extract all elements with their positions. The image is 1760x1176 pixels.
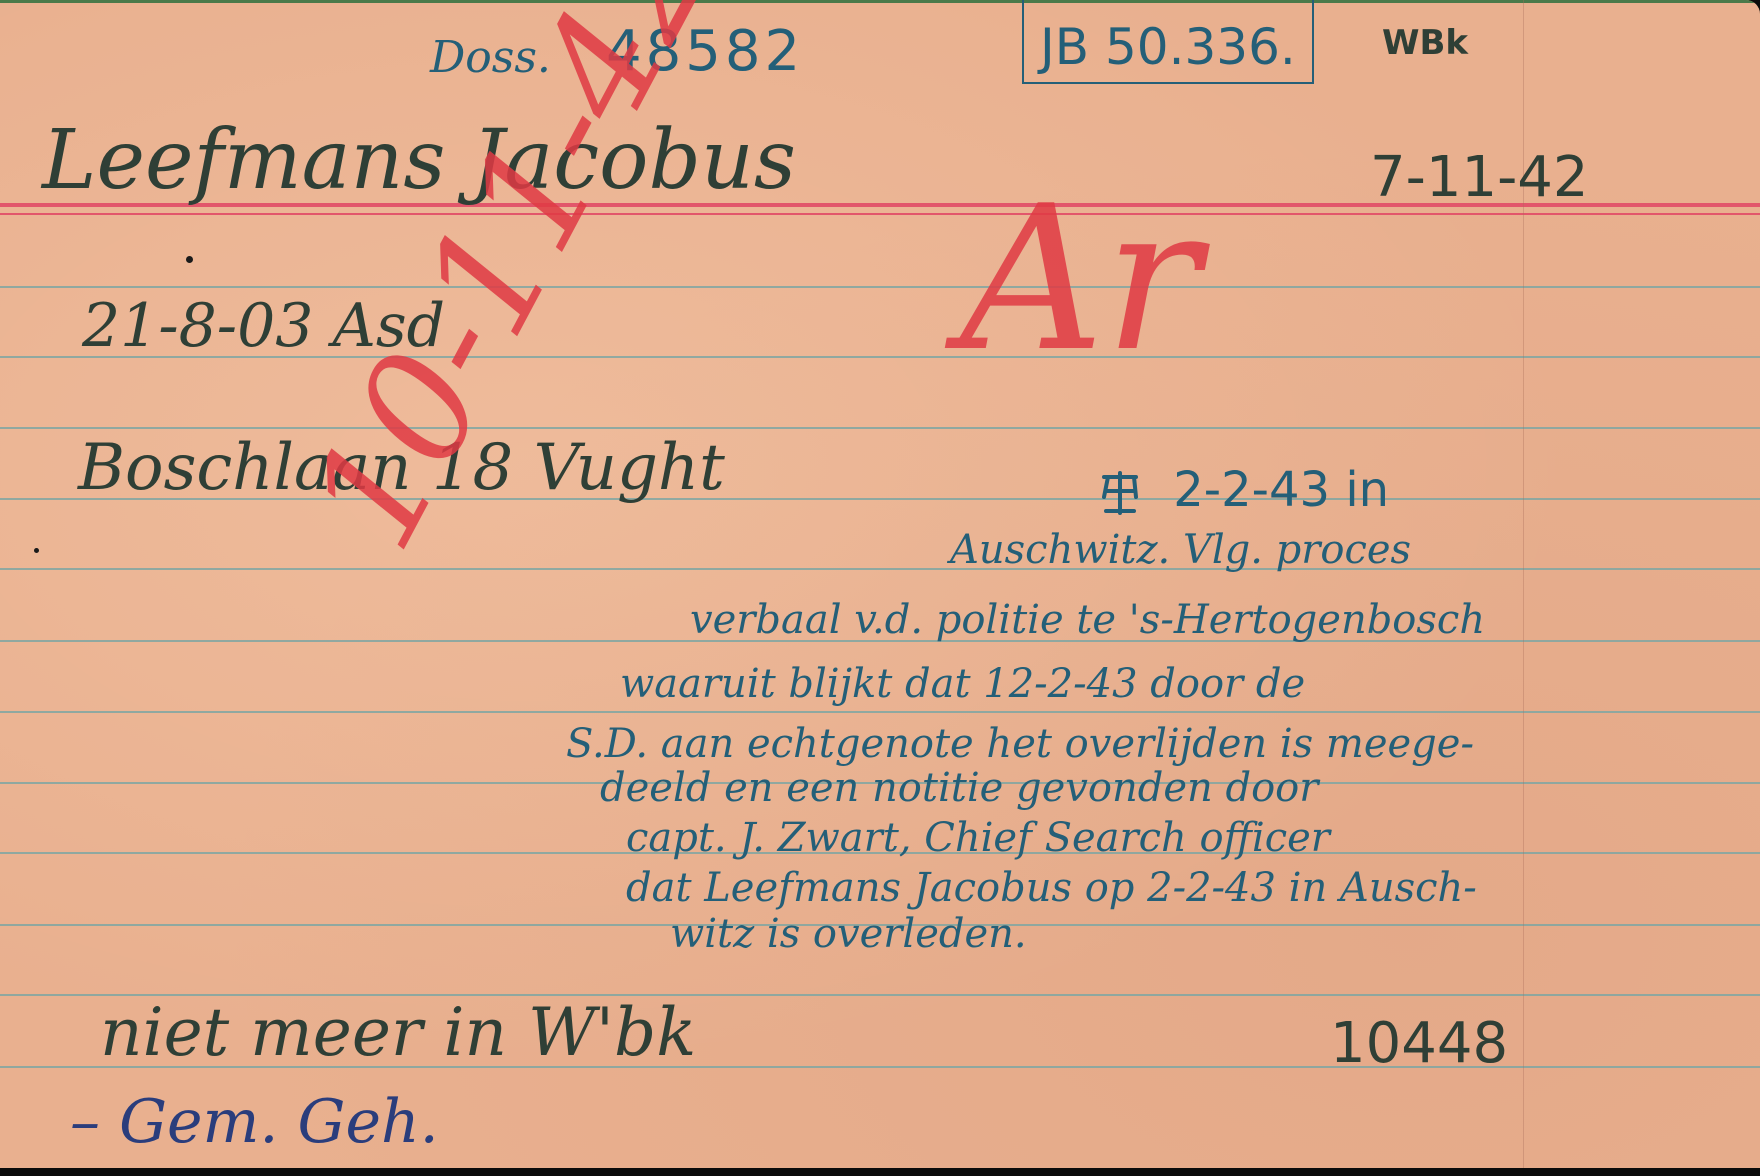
ruled-line	[0, 286, 1760, 288]
note-line: deeld en een notitie gevonden door	[600, 768, 1318, 808]
card-number: 10448	[1330, 1016, 1508, 1072]
cross-symbol-icon	[1100, 471, 1140, 515]
reference-box: JB 50.336.	[1022, 0, 1314, 84]
corner-code: WBk	[1382, 26, 1468, 60]
note-line: dat Leefmans Jacobus op 2-2-43 in Ausch-	[626, 868, 1477, 908]
person-name: Leefmans Jacobus	[42, 120, 796, 202]
ink-speck	[34, 548, 39, 553]
note-line: verbaal v.d. politie te 's-Hertogenbosch	[690, 600, 1485, 640]
note-line: S.D. aan echtgenote het overlijden is me…	[566, 724, 1474, 764]
red-pencil-initials: Ar	[960, 180, 1200, 380]
note-line: Auschwitz. Vlg. proces	[950, 530, 1411, 570]
ruled-line	[0, 711, 1760, 713]
header-red-rule-thin	[0, 213, 1760, 215]
ruled-line	[0, 427, 1760, 429]
footer-note: – Gem. Geh.	[70, 1092, 439, 1152]
status-note: niet meer in W'bk	[100, 1000, 696, 1066]
note-line: waaruit blijkt dat 12-2-43 door de	[620, 664, 1305, 704]
ruled-line	[0, 568, 1760, 570]
ink-speck	[186, 256, 193, 263]
note-line: capt. J. Zwart, Chief Search officer	[626, 818, 1330, 858]
index-card: Doss. 48582 JB 50.336. WBk Leefmans Jaco…	[0, 0, 1760, 1168]
death-record: 2-2-43 in	[1100, 466, 1389, 515]
death-date: 2-2-43 in	[1173, 462, 1389, 518]
card-date: 7-11-42	[1370, 150, 1589, 206]
card-top-edge	[0, 0, 1760, 3]
note-line: witz is overleden.	[670, 914, 1027, 954]
